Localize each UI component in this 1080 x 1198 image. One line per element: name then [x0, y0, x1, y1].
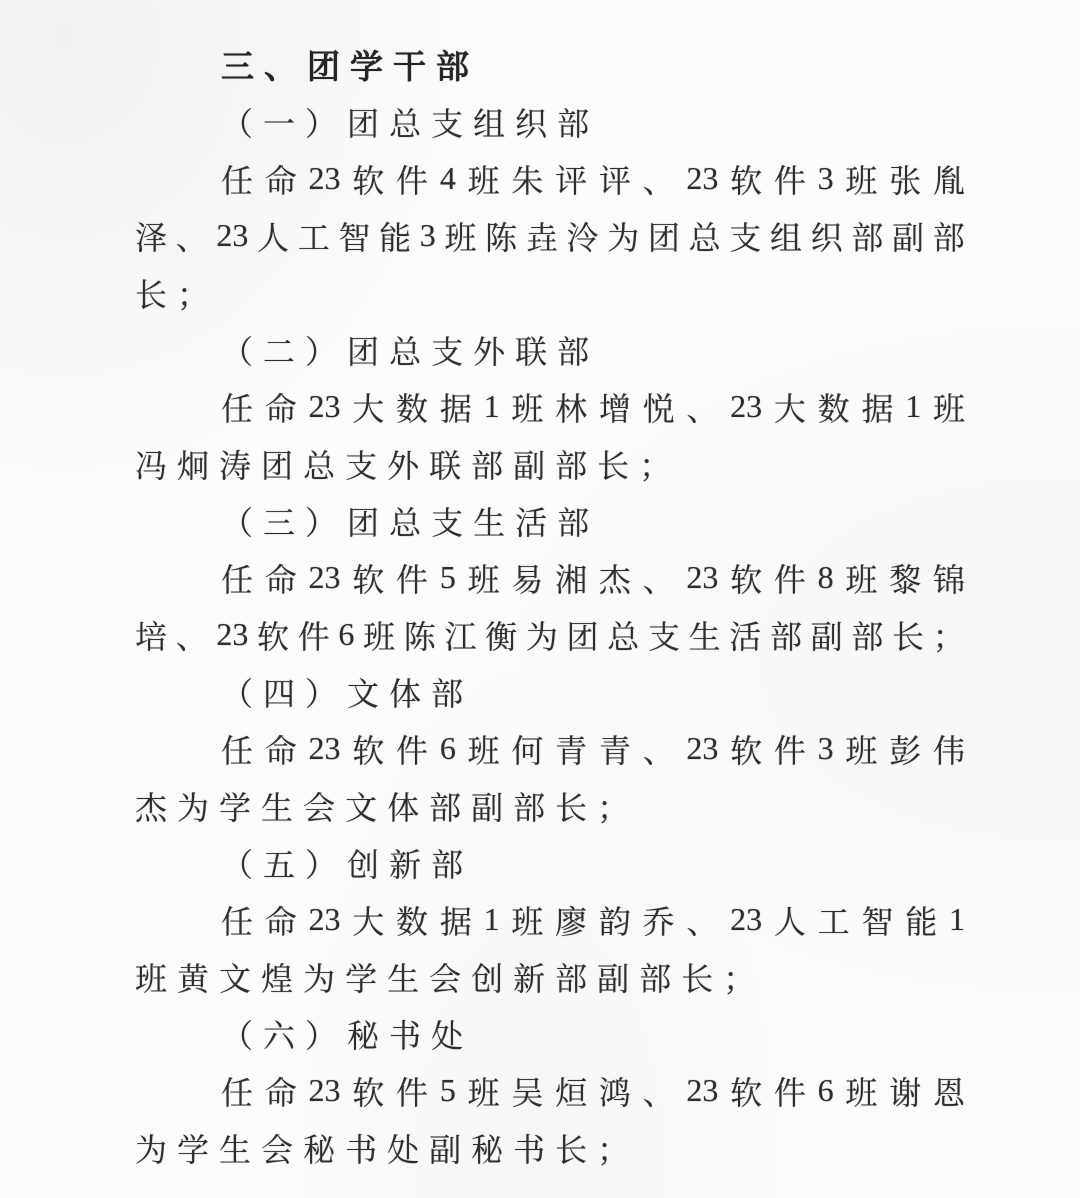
glyph: 件 [774, 1068, 806, 1114]
glyph: 学 [350, 41, 383, 88]
glyph: 班 [511, 384, 543, 430]
glyph: 件 [298, 612, 330, 658]
glyph: 软 [730, 1068, 762, 1114]
glyph: 织 [811, 213, 843, 259]
glyph: 学 [345, 954, 377, 1000]
glyph: 人 [257, 213, 289, 259]
text-line: 为学生会秘书处副秘书长； [135, 1119, 965, 1176]
glyph: 、 [686, 384, 718, 430]
glyph: （ [221, 498, 253, 544]
glyph: 冯 [135, 441, 167, 487]
glyph: 3 [818, 730, 834, 767]
glyph: 会 [261, 1125, 293, 1171]
glyph: 命 [265, 1068, 297, 1114]
glyph: 班 [845, 1068, 877, 1114]
glyph: 总 [689, 213, 721, 259]
glyph: 件 [774, 156, 806, 202]
glyph: 烜 [555, 1068, 587, 1114]
glyph: ） [305, 840, 337, 886]
glyph: 部 [429, 783, 461, 829]
glyph: 6 [818, 1072, 834, 1109]
glyph: 任 [221, 156, 253, 202]
glyph: 创 [471, 954, 503, 1000]
glyph: 23 [686, 730, 718, 767]
glyph: 黎 [889, 555, 921, 601]
glyph: ； [639, 441, 671, 487]
glyph: 垚 [526, 213, 558, 259]
glyph: 、 [643, 1068, 675, 1114]
glyph: 文 [347, 669, 379, 715]
glyph: 涛 [219, 441, 251, 487]
glyph: 、 [643, 726, 675, 772]
glyph: 彭 [889, 726, 921, 772]
glyph: 外 [387, 441, 419, 487]
glyph: 吴 [511, 1068, 543, 1114]
glyph: 悦 [643, 384, 675, 430]
glyph: 、 [643, 555, 675, 601]
glyph: 件 [396, 555, 428, 601]
text-line: 三、团学干部 [135, 36, 965, 93]
glyph: 组 [473, 99, 505, 145]
glyph: 生 [689, 612, 721, 658]
glyph: 胤 [933, 156, 965, 202]
glyph: ； [933, 612, 965, 658]
glyph: 23 [309, 901, 341, 938]
glyph: 件 [774, 726, 806, 772]
glyph: ； [723, 954, 755, 1000]
glyph: 23 [309, 730, 341, 767]
glyph: 五 [263, 840, 295, 886]
glyph: 三 [221, 41, 254, 88]
glyph: 5 [440, 1072, 456, 1109]
glyph: 活 [515, 498, 547, 544]
glyph: 8 [818, 559, 834, 596]
glyph: 文 [219, 954, 251, 1000]
glyph: 部 [851, 612, 883, 658]
glyph: 谢 [889, 1068, 921, 1114]
glyph: 伟 [933, 726, 965, 772]
glyph: 学 [177, 1125, 209, 1171]
text-line: 班黄文煌为学生会创新部副部长； [135, 948, 965, 1005]
glyph: 部 [436, 41, 469, 88]
glyph: 长 [892, 612, 924, 658]
text-line: 冯炯涛团总支外联部副部长； [135, 435, 965, 492]
glyph: 会 [303, 783, 335, 829]
glyph: （ [221, 99, 253, 145]
glyph: 团 [567, 612, 599, 658]
glyph: 人 [774, 897, 806, 943]
document-page: 三、团学干部（一）团总支组织部任命23软件4班朱评评、23软件3班张胤泽、23人… [0, 0, 1080, 1198]
glyph: 六 [263, 1011, 295, 1057]
glyph: 数 [818, 384, 850, 430]
glyph: 文 [345, 783, 377, 829]
text-line: （五）创新部 [135, 834, 965, 891]
glyph: 书 [513, 1125, 545, 1171]
glyph: 支 [431, 327, 463, 373]
glyph: 据 [440, 384, 472, 430]
text-line: （二）团总支外联部 [135, 321, 965, 378]
glyph: 处 [387, 1125, 419, 1171]
glyph: 部 [557, 99, 589, 145]
glyph: 新 [389, 840, 421, 886]
glyph: 、 [264, 41, 297, 88]
glyph: 命 [265, 555, 297, 601]
glyph: ） [305, 1011, 337, 1057]
glyph: 培 [135, 612, 167, 658]
glyph: 大 [774, 384, 806, 430]
glyph: 1 [949, 901, 965, 938]
glyph: 生 [473, 498, 505, 544]
glyph: 陈 [485, 213, 517, 259]
glyph: 长 [597, 441, 629, 487]
glyph: 据 [440, 897, 472, 943]
glyph: 副 [597, 954, 629, 1000]
glyph: ； [177, 270, 209, 316]
glyph: 干 [393, 41, 426, 88]
glyph: 总 [389, 99, 421, 145]
glyph: 大 [352, 384, 384, 430]
glyph: 5 [440, 559, 456, 596]
glyph: 软 [257, 612, 289, 658]
glyph: 三 [263, 498, 295, 544]
glyph: （ [221, 327, 253, 373]
glyph: 二 [263, 327, 295, 373]
glyph: 青 [599, 726, 631, 772]
glyph: 软 [352, 726, 384, 772]
glyph: ） [305, 498, 337, 544]
glyph: 件 [774, 555, 806, 601]
glyph: 班 [468, 156, 500, 202]
glyph: 数 [396, 897, 428, 943]
glyph: 据 [861, 384, 893, 430]
glyph: 联 [429, 441, 461, 487]
glyph: 23 [309, 388, 341, 425]
glyph: 23 [309, 160, 341, 197]
glyph: 班 [845, 156, 877, 202]
glyph: 为 [303, 954, 335, 1000]
glyph: 23 [216, 616, 248, 653]
glyph: 班 [468, 1068, 500, 1114]
glyph: 外 [473, 327, 505, 373]
glyph: ； [597, 1125, 629, 1171]
glyph: 为 [607, 213, 639, 259]
glyph: （ [221, 1011, 253, 1057]
glyph: 部 [431, 669, 463, 715]
glyph: 部 [557, 498, 589, 544]
glyph: 陈 [404, 612, 436, 658]
glyph: 副 [429, 1125, 461, 1171]
glyph: 班 [468, 726, 500, 772]
glyph: 支 [431, 498, 463, 544]
text-line: 长； [135, 264, 965, 321]
glyph: 为 [526, 612, 558, 658]
glyph: 联 [515, 327, 547, 373]
glyph: 组 [770, 213, 802, 259]
glyph: 团 [261, 441, 293, 487]
glyph: 书 [389, 1011, 421, 1057]
glyph: 软 [352, 1068, 384, 1114]
glyph: 班 [845, 555, 877, 601]
text-line: 任命23大数据1班林增悦、23大数据1班 [135, 378, 965, 435]
glyph: 团 [347, 327, 379, 373]
glyph: 部 [770, 612, 802, 658]
glyph: 命 [265, 897, 297, 943]
glyph: 命 [265, 384, 297, 430]
text-line: （六）秘书处 [135, 1005, 965, 1062]
glyph: 副 [471, 783, 503, 829]
text-line: 任命23软件5班易湘杰、23软件8班黎锦 [135, 549, 965, 606]
glyph: 织 [515, 99, 547, 145]
glyph: 体 [389, 669, 421, 715]
glyph: 、 [176, 213, 208, 259]
glyph: 总 [389, 498, 421, 544]
glyph: 、 [176, 612, 208, 658]
glyph: 评 [599, 156, 631, 202]
glyph: 杰 [135, 783, 167, 829]
text-line: （四）文体部 [135, 663, 965, 720]
glyph: 团 [347, 498, 379, 544]
glyph: 3 [420, 217, 436, 254]
glyph: 23 [309, 559, 341, 596]
glyph: 秘 [471, 1125, 503, 1171]
text-line: 泽、23人工智能3班陈垚泠为团总支组织部副部 [135, 207, 965, 264]
glyph: 副 [513, 441, 545, 487]
glyph: 23 [686, 559, 718, 596]
glyph: 泠 [567, 213, 599, 259]
glyph: 件 [396, 726, 428, 772]
text-line: 任命23大数据1班廖韵乔、23人工智能1 [135, 891, 965, 948]
glyph: 23 [216, 217, 248, 254]
glyph: 大 [352, 897, 384, 943]
glyph: 恩 [933, 1068, 965, 1114]
glyph: 张 [889, 156, 921, 202]
glyph: 部 [513, 783, 545, 829]
glyph: 学 [219, 783, 251, 829]
glyph: 1 [484, 901, 500, 938]
glyph: 任 [221, 726, 253, 772]
text-line: 杰为学生会文体部副部长； [135, 777, 965, 834]
text-line: 培、23软件6班陈江衡为团总支生活部副部长； [135, 606, 965, 663]
glyph: 生 [219, 1125, 251, 1171]
glyph: 团 [307, 41, 340, 88]
glyph: 件 [396, 156, 428, 202]
glyph: 23 [686, 160, 718, 197]
glyph: 总 [607, 612, 639, 658]
glyph: 秘 [347, 1011, 379, 1057]
glyph: 命 [265, 726, 297, 772]
glyph: 易 [511, 555, 543, 601]
glyph: 数 [396, 384, 428, 430]
glyph: 软 [730, 555, 762, 601]
glyph: 任 [221, 555, 253, 601]
glyph: ） [305, 327, 337, 373]
glyph: 4 [440, 160, 456, 197]
glyph: 增 [599, 384, 631, 430]
glyph: 23 [686, 1072, 718, 1109]
glyph: 6 [338, 616, 354, 653]
glyph: 活 [729, 612, 761, 658]
glyph: 衡 [485, 612, 517, 658]
glyph: 为 [135, 1125, 167, 1171]
glyph: 锦 [933, 555, 965, 601]
glyph: 23 [730, 901, 762, 938]
glyph: 部 [555, 954, 587, 1000]
glyph: 智 [338, 213, 370, 259]
glyph: 23 [309, 1072, 341, 1109]
glyph: 班 [845, 726, 877, 772]
glyph: 总 [389, 327, 421, 373]
glyph: 班 [444, 213, 476, 259]
glyph: 副 [892, 213, 924, 259]
glyph: 泽 [135, 213, 167, 259]
glyph: 部 [933, 213, 965, 259]
glyph: 能 [905, 897, 937, 943]
glyph: 四 [263, 669, 295, 715]
text-line: 任命23软件4班朱评评、23软件3班张胤 [135, 150, 965, 207]
glyph: 黄 [177, 954, 209, 1000]
glyph: 6 [440, 730, 456, 767]
glyph: 1 [484, 388, 500, 425]
glyph: 能 [379, 213, 411, 259]
glyph: 杰 [599, 555, 631, 601]
glyph: 书 [345, 1125, 377, 1171]
glyph: 评 [555, 156, 587, 202]
glyph: 团 [648, 213, 680, 259]
glyph: 部 [639, 954, 671, 1000]
glyph: 生 [387, 954, 419, 1000]
glyph: 工 [818, 897, 850, 943]
glyph: ； [597, 783, 629, 829]
glyph: 团 [347, 99, 379, 145]
glyph: 总 [303, 441, 335, 487]
glyph: 软 [352, 555, 384, 601]
glyph: 副 [811, 612, 843, 658]
glyph: 体 [387, 783, 419, 829]
glyph: 任 [221, 897, 253, 943]
text-line: （三）团总支生活部 [135, 492, 965, 549]
glyph: 部 [431, 840, 463, 886]
glyph: 3 [818, 160, 834, 197]
text-line: 任命23软件6班何青青、23软件3班彭伟 [135, 720, 965, 777]
glyph: 何 [511, 726, 543, 772]
glyph: 命 [265, 156, 297, 202]
glyph: 班 [468, 555, 500, 601]
glyph: 湘 [555, 555, 587, 601]
glyph: 软 [730, 726, 762, 772]
glyph: 青 [555, 726, 587, 772]
glyph: （ [221, 669, 253, 715]
glyph: 江 [444, 612, 476, 658]
glyph: 班 [511, 897, 543, 943]
glyph: 部 [557, 327, 589, 373]
glyph: 处 [431, 1011, 463, 1057]
glyph: 23 [730, 388, 762, 425]
glyph: 乔 [643, 897, 675, 943]
glyph: 、 [686, 897, 718, 943]
glyph: 长 [681, 954, 713, 1000]
glyph: 班 [135, 954, 167, 1000]
glyph: ） [305, 99, 337, 145]
glyph: 1 [905, 388, 921, 425]
glyph: （ [221, 840, 253, 886]
glyph: 班 [363, 612, 395, 658]
glyph: 创 [347, 840, 379, 886]
glyph: 韵 [599, 897, 631, 943]
glyph: 长 [555, 1125, 587, 1171]
glyph: 林 [555, 384, 587, 430]
glyph: 部 [555, 441, 587, 487]
text-line: 任命23软件5班吴烜鸿、23软件6班谢恩 [135, 1062, 965, 1119]
glyph: 支 [431, 99, 463, 145]
glyph: 部 [851, 213, 883, 259]
glyph: ） [305, 669, 337, 715]
glyph: 任 [221, 1068, 253, 1114]
glyph: 、 [643, 156, 675, 202]
glyph: 软 [730, 156, 762, 202]
glyph: 智 [861, 897, 893, 943]
glyph: 一 [263, 99, 295, 145]
glyph: 秘 [303, 1125, 335, 1171]
text-line: （一）团总支组织部 [135, 93, 965, 150]
glyph: 廖 [555, 897, 587, 943]
glyph: 会 [429, 954, 461, 1000]
glyph: 部 [471, 441, 503, 487]
glyph: 朱 [511, 156, 543, 202]
glyph: 工 [298, 213, 330, 259]
glyph: 软 [352, 156, 384, 202]
glyph: 支 [729, 213, 761, 259]
glyph: 鸿 [599, 1068, 631, 1114]
glyph: 支 [345, 441, 377, 487]
glyph: 新 [513, 954, 545, 1000]
glyph: 煌 [261, 954, 293, 1000]
glyph: 长 [135, 270, 167, 316]
glyph: 件 [396, 1068, 428, 1114]
glyph: 长 [555, 783, 587, 829]
glyph: 班 [933, 384, 965, 430]
glyph: 为 [177, 783, 209, 829]
glyph: 生 [261, 783, 293, 829]
glyph: 炯 [177, 441, 209, 487]
glyph: 任 [221, 384, 253, 430]
glyph: 支 [648, 612, 680, 658]
